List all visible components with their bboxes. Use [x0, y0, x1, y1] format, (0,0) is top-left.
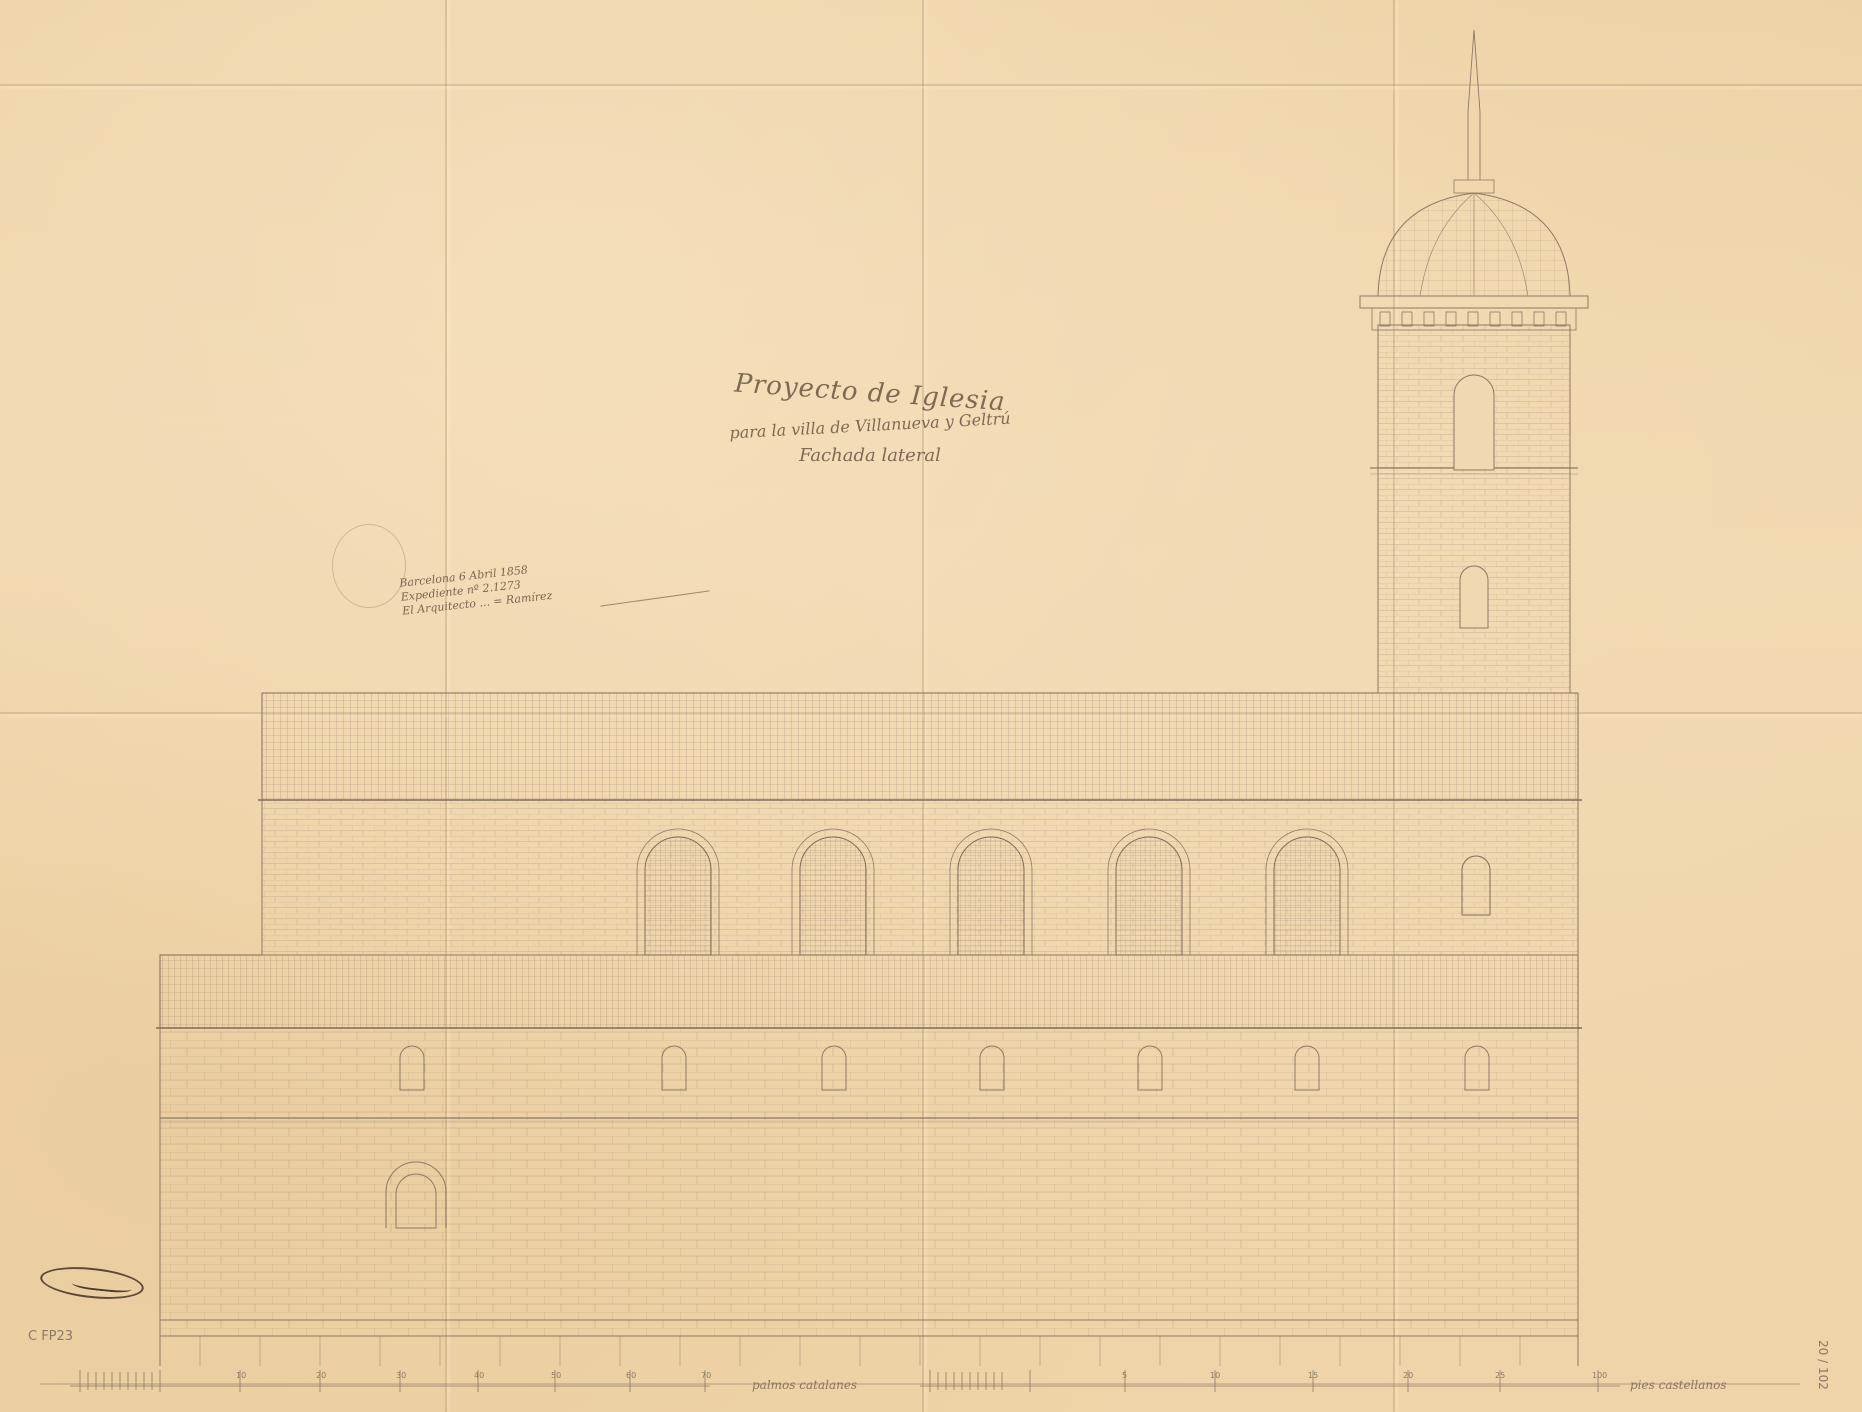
- catalog-code: C FP23: [28, 1329, 73, 1344]
- scale-tick: 60: [626, 1371, 636, 1380]
- archive-number: 20 / 102: [1816, 1340, 1830, 1390]
- scale-tick: 40: [474, 1371, 484, 1380]
- drawing-sheet: Proyecto de Iglesia para la villa de Vil…: [0, 0, 1862, 1412]
- lower-wall: [160, 1028, 1578, 1366]
- scale-tick: 70: [701, 1371, 711, 1380]
- scale-bar-pies: [920, 1370, 1620, 1392]
- scale-unit-label: pies castellanos: [1630, 1378, 1727, 1392]
- scale-tick: 50: [551, 1371, 561, 1380]
- church-elevation-drawing: [0, 0, 1862, 1412]
- title-view: Fachada lateral: [720, 445, 1020, 466]
- scale-tick: 10: [236, 1371, 246, 1380]
- upper-wall: [262, 800, 1578, 955]
- scale-tick: 25: [1495, 1371, 1505, 1380]
- bell-tower: [1360, 30, 1588, 693]
- scale-bar-palmos: [70, 1370, 710, 1392]
- scale-unit-label: palmos catalanes: [752, 1378, 857, 1392]
- scale-tick: 20: [316, 1371, 326, 1380]
- scale-tick: 30: [396, 1371, 406, 1380]
- scale-tick: 100: [1592, 1371, 1607, 1380]
- drawing-title: Proyecto de Iglesia para la villa de Vil…: [720, 378, 1020, 466]
- scale-tick: 10: [1210, 1371, 1220, 1380]
- upper-roof: [258, 693, 1582, 800]
- embossed-stamp: [332, 524, 406, 608]
- scale-tick: 20: [1403, 1371, 1413, 1380]
- scale-tick: 15: [1308, 1371, 1318, 1380]
- scale-tick: 5: [1122, 1371, 1127, 1380]
- title-location: para la villa de Villanueva y Geltrú: [720, 408, 1021, 443]
- lower-roof: [156, 955, 1582, 1028]
